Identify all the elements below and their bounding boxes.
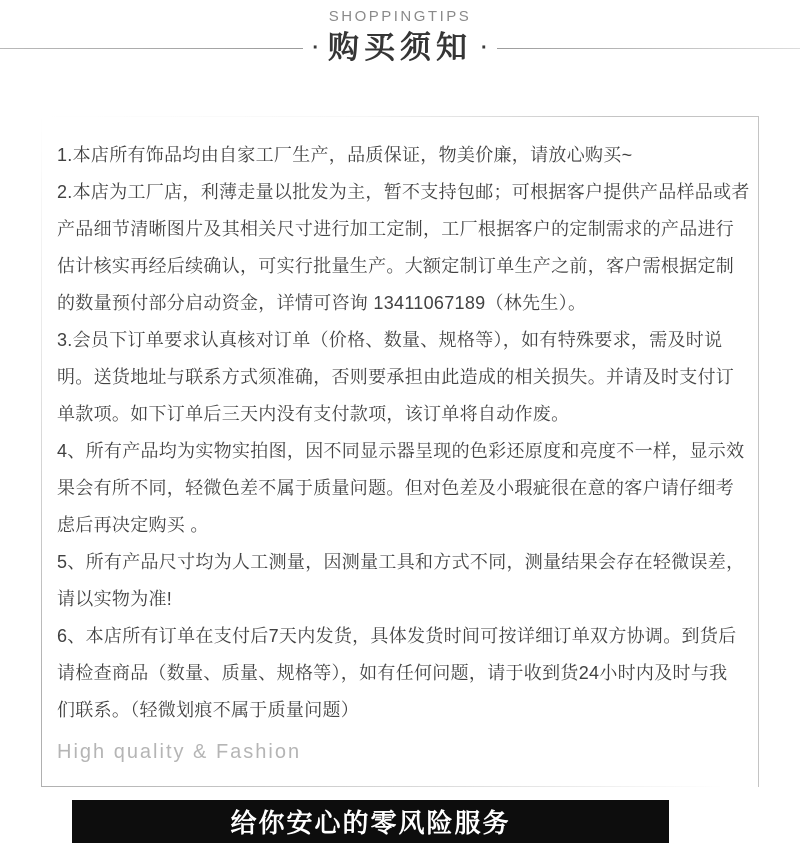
notice-line: 明。送货地址与联系方式须准确，否则要承担由此造成的相关损失。并请及时支付订: [57, 359, 744, 396]
notice-paragraphs: 1.本店所有饰品均由自家工厂生产，品质保证，物美价廉，请放心购买~2.本店为工厂…: [57, 137, 744, 729]
notice-line: 2.本店为工厂店，利薄走量以批发为主，暂不支持包邮；可根据客户提供产品样品或者: [57, 174, 744, 211]
notice-line: 产品细节清晰图片及其相关尺寸进行加工定制，工厂根据客户的定制需求的产品进行: [57, 211, 744, 248]
purchase-notice-page: SHOPPINGTIPS · 购买须知 · 1.本店所有饰品均由自家工厂生产，品…: [0, 0, 800, 852]
divider-line-left: [0, 48, 303, 49]
divider-line-right: [497, 48, 800, 49]
notice-line: 们联系。（轻微划痕不属于质量问题）: [57, 692, 744, 729]
notice-line: 的数量预付部分启动资金，详情可咨询 13411067189（林先生）。: [57, 285, 744, 322]
banner-text: 给你安心的零风险服务: [230, 803, 510, 840]
notice-line: 请检查商品（数量、质量、规格等），如有任何问题，请于收到货24小时内及时与我: [57, 655, 744, 692]
notice-line: 虑后再决定购买 。: [57, 507, 744, 544]
notice-line: 请以实物为准!: [57, 581, 744, 618]
notice-line: 4、所有产品均为实物实拍图，因不同显示器呈现的色彩还原度和亮度不一样，显示效: [57, 433, 744, 470]
section-header: SHOPPINGTIPS · 购买须知 ·: [0, 0, 800, 67]
notice-line: 果会有所不同，轻微色差不属于质量问题。但对色差及小瑕疵很在意的客户请仔细考: [57, 470, 744, 507]
title-row: · 购买须知 ·: [0, 29, 800, 67]
service-banner: 给你安心的零风险服务: [72, 800, 669, 843]
eyebrow-text: SHOPPINGTIPS: [0, 8, 800, 26]
title-dot-left: ·: [312, 38, 319, 58]
notice-line: 6、本店所有订单在支付后7天内发货，具体发货时间可按详细订单双方协调。到货后: [57, 618, 744, 655]
notice-line: 单款项。如下订单后三天内没有支付款项，该订单将自动作废。: [57, 396, 744, 433]
notice-line: 5、所有产品尺寸均为人工测量，因测量工具和方式不同，测量结果会存在轻微误差，: [57, 544, 744, 581]
notice-box: 1.本店所有饰品均由自家工厂生产，品质保证，物美价廉，请放心购买~2.本店为工厂…: [41, 116, 759, 787]
title-dot-right: ·: [481, 38, 488, 58]
page-title: 购买须知: [328, 29, 472, 67]
notice-line: 1.本店所有饰品均由自家工厂生产，品质保证，物美价廉，请放心购买~: [57, 137, 744, 174]
notice-line: 3.会员下订单要求认真核对订单（价格、数量、规格等），如有特殊要求，需及时说: [57, 322, 744, 359]
notice-line: 估计核实再经后续确认，可实行批量生产。大额定制订单生产之前，客户需根据定制: [57, 248, 744, 285]
watermark-text: High quality & Fashion: [57, 739, 744, 765]
